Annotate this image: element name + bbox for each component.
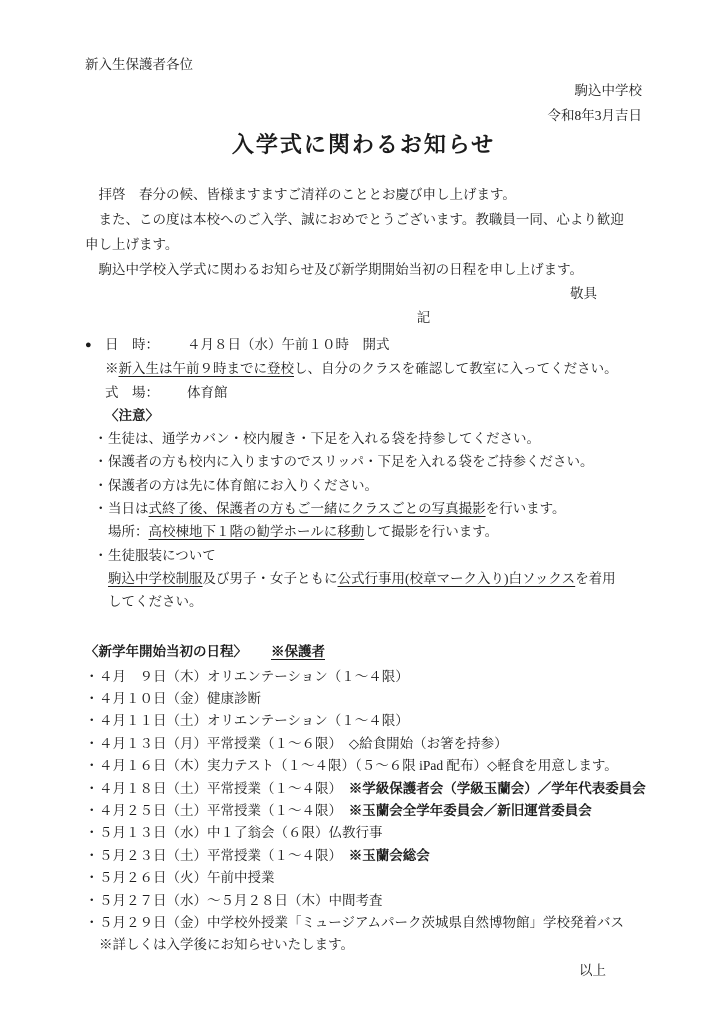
bullet-dot-icon: ・	[85, 710, 99, 732]
text-segment: ５月２３日（土）平常授業（１～４限）	[99, 848, 349, 863]
venue-line: 式 場：体育館	[85, 381, 642, 404]
caution-item: 駒込中学校制服及び男子・女子ともに公式行事用(校章マーク入り)白ソックスを着用し…	[94, 567, 642, 614]
text-segment: ※	[105, 361, 119, 376]
bullet-dot-icon: ・	[85, 822, 99, 844]
text-segment: ５月１３日（水）中１了翁会（６限）仏教行事	[99, 825, 383, 840]
bullet-dot-icon: ・	[85, 755, 99, 777]
text-segment: ４月１１日（土）オリエンテーション（１～４限）	[99, 713, 409, 728]
bullet-dot-icon: ・	[94, 544, 108, 567]
schedule-item-text: ４月２５日（土）平常授業（１～４限） ※玉蘭会全学年委員会／新旧運営委員会	[99, 800, 592, 822]
schedule-item: ※詳しくは入学後にお知らせいたします。	[85, 934, 642, 956]
schedule-list: ・ ４月 ９日（木）オリエンテーション（１～４限） ・ ４月１０日（金）健康診断…	[85, 666, 642, 957]
schedule-item: ・ ４月 ９日（木）オリエンテーション（１～４限）	[85, 666, 642, 688]
caution-item-text: 生徒服装について	[108, 544, 216, 567]
schedule-item-text: ５月１３日（水）中１了翁会（６限）仏教行事	[99, 822, 383, 844]
text-segment: ４月 ９日（木）オリエンテーション（１～４限）	[99, 669, 409, 684]
caution-item: ・ 保護者の方も校内に入りますのでスリッパ・下足を入れる袋をご持参ください。	[94, 450, 642, 473]
schedule-section: 〈新学年開始当初の日程〉※保護者 ・ ４月 ９日（木）オリエンテーション（１～４…	[85, 640, 642, 957]
venue-value: 体育館	[187, 385, 228, 400]
closing-word: 敬具	[85, 282, 642, 306]
greeting-paragraphs: 拝啓 春分の候、皆様ますますご清祥のこととお慶び申し上げます。 また、この度は本…	[85, 182, 628, 282]
bullet-dot-icon: ・	[85, 688, 99, 710]
text-segment: 保護者の方は先に体育館にお入りください。	[108, 478, 378, 493]
recipient-line: 新入生保護者各位	[85, 55, 642, 75]
end-marker: 以上	[85, 959, 642, 983]
schedule-item: ・ ４月２５日（土）平常授業（１～４限） ※玉蘭会全学年委員会／新旧運営委員会	[85, 800, 642, 822]
caution-item: 場所：高校棟地下１階の勧学ホールに移動して撮影を行います。	[94, 520, 642, 543]
schedule-item-text: ４月１１日（土）オリエンテーション（１～４限）	[99, 710, 409, 732]
schedule-item: ・ ５月２９日（金）中学校外授業「ミュージアムパーク茨城県自然博物館」学校発着バ…	[85, 912, 642, 934]
bullet-dot-icon	[94, 567, 108, 614]
caution-item-text: 生徒は、通学カバン・校内履き・下足を入れる袋を持参してください。	[108, 427, 540, 450]
issue-date: 令和8年3月吉日	[85, 103, 642, 128]
schedule-item-text: ５月２９日（金）中学校外授業「ミュージアムパーク茨城県自然博物館」学校発着バス	[99, 912, 624, 934]
bullet-dot-icon	[94, 520, 108, 543]
schedule-item-text: ４月１８日（土）平常授業（１～４限） ※学級保護者会（学級玉蘭会）／学年代表委員…	[99, 778, 646, 800]
text-segment: ４月２５日（土）平常授業（１～４限）	[99, 803, 349, 818]
text-segment: ※玉蘭会総会	[349, 848, 430, 863]
text-segment: 駒込中学校制服	[108, 571, 203, 586]
datetime-line: ●日 時：４月８日（水）午前１０時 開式	[85, 333, 642, 357]
schedule-item-text: ※詳しくは入学後にお知らせいたします。	[99, 934, 354, 956]
caution-list: ・ 生徒は、通学カバン・校内履き・下足を入れる袋を持参してください。 ・ 保護者…	[85, 427, 642, 613]
text-segment: 生徒は、通学カバン・校内履き・下足を入れる袋を持参してください。	[108, 431, 540, 446]
caution-item-text: 場所：高校棟地下１階の勧学ホールに移動して撮影を行います。	[108, 520, 498, 543]
text-segment: ５月２６日（火）午前中授業	[99, 870, 275, 885]
text-segment: ５月２９日（金）中学校外授業「ミュージアムパーク茨城県自然博物館」学校発着バス	[99, 915, 624, 930]
caution-item-text: 保護者の方も校内に入りますのでスリッパ・下足を入れる袋をご持参ください。	[108, 450, 593, 473]
text-segment: し、自分のクラスを確認して教室に入ってください。	[294, 361, 618, 376]
text-segment: 式終了後、保護者の方もご一緒にクラスごとの写真撮影	[149, 501, 486, 516]
schedule-item-text: ５月２３日（土）平常授業（１～４限） ※玉蘭会総会	[99, 845, 430, 867]
text-segment: ※詳しくは入学後にお知らせいたします。	[99, 937, 354, 952]
greeting-paragraph-3: 駒込中学校入学式に関わるお知らせ及び新学期開始当初の日程を申し上げます。	[85, 257, 628, 282]
sender-block: 駒込中学校 令和8年3月吉日	[85, 78, 642, 128]
schedule-item-text: ４月１６日（木）実力テスト（１～４限）（５～６限 iPad 配布）◇軽食を用意し…	[99, 755, 618, 777]
text-segment: 当日は	[108, 501, 149, 516]
bullet-dot-icon: ・	[85, 666, 99, 688]
caution-item-text: 保護者の方は先に体育館にお入りください。	[108, 474, 378, 497]
bullet-dot-icon: ・	[85, 867, 99, 889]
venue-label: 式 場：	[105, 385, 159, 400]
text-segment: ※学級保護者会（学級玉蘭会）／学年代表委員会	[349, 781, 646, 796]
schedule-item: ・ ４月１１日（土）オリエンテーション（１～４限）	[85, 710, 642, 732]
bullet-dot-icon: ・	[94, 427, 108, 450]
datetime-label: 日 時：	[105, 337, 159, 352]
text-segment: 高校棟地下１階の勧学ホールに移動	[149, 524, 365, 539]
greeting-paragraph-1: 拝啓 春分の候、皆様ますますご清祥のこととお慶び申し上げます。	[85, 182, 628, 207]
schedule-item: ・ ４月１６日（木）実力テスト（１～４限）（５～６限 iPad 配布）◇軽食を用…	[85, 755, 642, 777]
schedule-heading-text: 〈新学年開始当初の日程〉	[85, 644, 247, 659]
text-segment: を行います。	[486, 501, 566, 516]
bullet-dot-icon	[85, 934, 99, 956]
greeting-paragraph-2: また、この度は本校へのご入学、誠におめでとうございます。教職員一同、心より歓迎申…	[85, 207, 628, 257]
text-segment: ※玉蘭会全学年委員会／新旧運営委員会	[349, 803, 592, 818]
bullet-dot-icon: ・	[85, 733, 99, 755]
text-segment: ４月１８日（土）平常授業（１～４限）	[99, 781, 349, 796]
caution-item-text: 駒込中学校制服及び男子・女子ともに公式行事用(校章マーク入り)白ソックスを着用し…	[108, 567, 629, 614]
caution-item: ・ 保護者の方は先に体育館にお入りください。	[94, 474, 642, 497]
bullet-circle-icon: ●	[85, 334, 105, 357]
bullet-dot-icon: ・	[85, 800, 99, 822]
schedule-item: ・ ５月２３日（土）平常授業（１～４限） ※玉蘭会総会	[85, 845, 642, 867]
text-segment: ４月１０日（金）健康診断	[99, 691, 261, 706]
caution-item: ・ 生徒は、通学カバン・校内履き・下足を入れる袋を持参してください。	[94, 427, 642, 450]
text-segment: 及び男子・女子ともに	[203, 571, 338, 586]
text-segment: 保護者の方も校内に入りますのでスリッパ・下足を入れる袋をご持参ください。	[108, 454, 593, 469]
caution-item-text: 当日は式終了後、保護者の方もご一緒にクラスごとの写真撮影を行います。	[108, 497, 566, 520]
schedule-item-text: ５月２７日（水）～５月２８日（木）中間考査	[99, 890, 383, 912]
bullet-dot-icon: ・	[85, 778, 99, 800]
text-segment: して撮影を行います。	[364, 524, 498, 539]
caution-heading: 〈注意〉	[85, 404, 642, 427]
text-segment: ４月１３日（月）平常授業（１～６限） ◇給食開始（お箸を持参）	[99, 736, 508, 751]
schedule-item: ・ ４月１８日（土）平常授業（１～４限） ※学級保護者会（学級玉蘭会）／学年代表…	[85, 778, 642, 800]
bullet-dot-icon: ・	[85, 912, 99, 934]
schedule-item: ・ ５月１３日（水）中１了翁会（６限）仏教行事	[85, 822, 642, 844]
schedule-heading-note: ※保護者	[271, 644, 325, 659]
arrival-note: ※新入生は午前９時までに登校し、自分のクラスを確認して教室に入ってください。	[85, 357, 642, 380]
bullet-dot-icon: ・	[94, 474, 108, 497]
text-segment: 公式行事用(校章マーク入り)白ソックス	[338, 571, 576, 586]
text-segment: 生徒服装について	[108, 548, 216, 563]
schedule-item: ・ ５月２７日（水）～５月２８日（木）中間考査	[85, 890, 642, 912]
schedule-heading: 〈新学年開始当初の日程〉※保護者	[85, 640, 642, 664]
text-segment: 新入生は午前９時までに登校	[119, 361, 295, 376]
caution-item: ・ 当日は式終了後、保護者の方もご一緒にクラスごとの写真撮影を行います。	[94, 497, 642, 520]
bullet-dot-icon: ・	[94, 497, 108, 520]
text-segment: ４月１６日（木）実力テスト（１～４限）（５～６限 iPad 配布）◇軽食を用意し…	[99, 758, 618, 773]
bullet-dot-icon: ・	[94, 450, 108, 473]
record-marker: 記	[85, 306, 642, 330]
schedule-item: ・ ５月２６日（火）午前中授業	[85, 867, 642, 889]
bullet-dot-icon: ・	[85, 845, 99, 867]
event-details: ●日 時：４月８日（水）午前１０時 開式 ※新入生は午前９時までに登校し、自分の…	[85, 333, 642, 614]
schedule-item: ・ ４月１３日（月）平常授業（１～６限） ◇給食開始（お箸を持参）	[85, 733, 642, 755]
page: 新入生保護者各位 駒込中学校 令和8年3月吉日 入学式に関わるお知らせ 拝啓 春…	[0, 0, 724, 1024]
bullet-dot-icon: ・	[85, 890, 99, 912]
text-segment: ５月２７日（水）～５月２８日（木）中間考査	[99, 893, 383, 908]
datetime-value: ４月８日（水）午前１０時 開式	[187, 337, 390, 352]
schedule-item-text: ４月１３日（月）平常授業（１～６限） ◇給食開始（お箸を持参）	[99, 733, 508, 755]
school-name: 駒込中学校	[85, 78, 642, 103]
schedule-item-text: ５月２６日（火）午前中授業	[99, 867, 275, 889]
schedule-item-text: ４月１０日（金）健康診断	[99, 688, 261, 710]
schedule-item-text: ４月 ９日（木）オリエンテーション（１～４限）	[99, 666, 409, 688]
text-segment: 場所：	[108, 524, 149, 539]
document-title: 入学式に関わるお知らせ	[85, 128, 642, 162]
caution-item: ・ 生徒服装について	[94, 544, 642, 567]
schedule-item: ・ ４月１０日（金）健康診断	[85, 688, 642, 710]
